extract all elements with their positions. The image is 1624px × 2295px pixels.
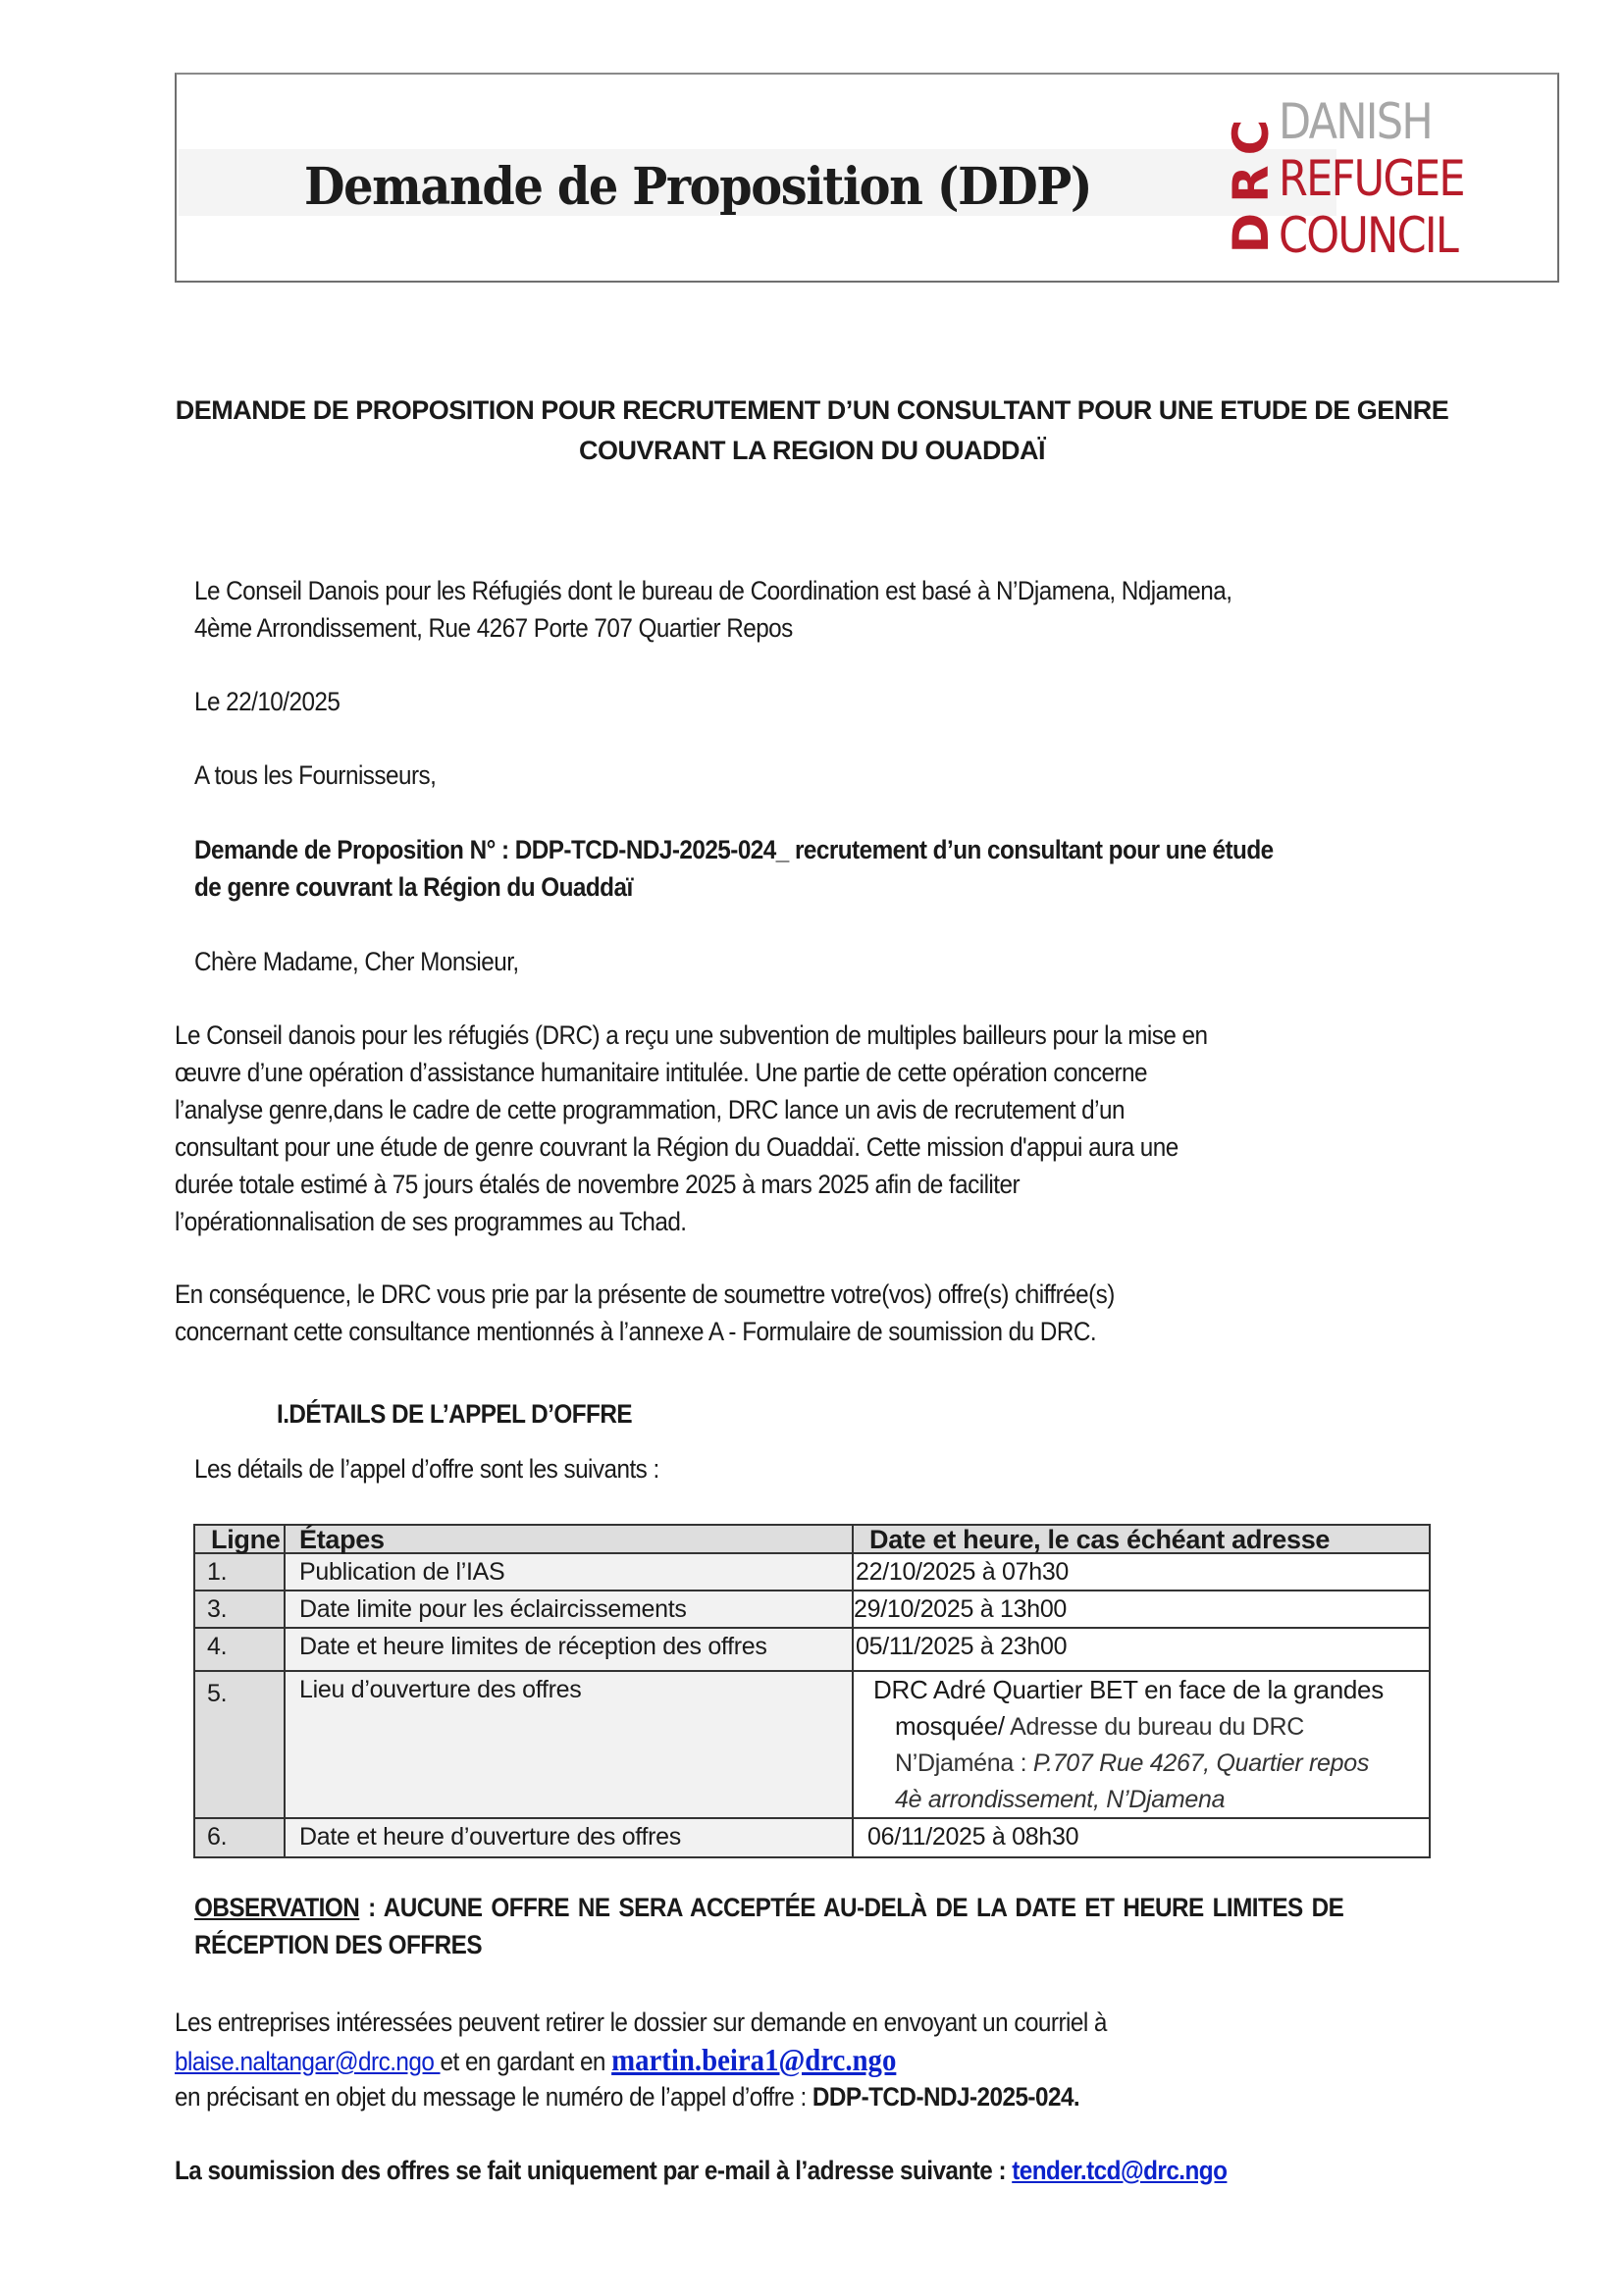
column-header-ligne: Ligne bbox=[195, 1526, 286, 1552]
section-intro: Les détails de l’appel d’offre sont les … bbox=[194, 1450, 659, 1487]
salutation-suppliers: A tous les Fournisseurs, bbox=[194, 756, 436, 794]
cell-etape: Lieu d’ouverture des offres bbox=[286, 1672, 854, 1817]
cell-etape: Date limite pour les éclaircissements bbox=[286, 1591, 854, 1627]
cell-date: 06/11/2025 à 08h30 bbox=[854, 1819, 1429, 1856]
document-title: Demande de Proposition (DDP) bbox=[304, 157, 1091, 217]
cell-ligne: 4. bbox=[195, 1629, 286, 1670]
paragraph-line: En conséquence, le DRC vous prie par la … bbox=[175, 1276, 1115, 1313]
observation-line-2: RÉCEPTION DES OFFRES bbox=[194, 1926, 482, 1963]
logo-text-danish: DANISH bbox=[1279, 94, 1432, 149]
table-header-row: Ligne Étapes Date et heure, le cas échéa… bbox=[193, 1524, 1431, 1554]
email-link-blaise[interactable]: blaise.naltangar@drc.ngo bbox=[175, 2047, 441, 2076]
greeting: Chère Madame, Cher Monsieur, bbox=[194, 943, 519, 980]
email-link-tender[interactable]: tender.tcd@drc.ngo bbox=[1012, 2156, 1227, 2185]
column-header-etapes: Étapes bbox=[286, 1526, 854, 1552]
cell-etape: Publication de l’IAS bbox=[286, 1554, 854, 1590]
logo-text-council: COUNCIL bbox=[1279, 208, 1457, 263]
paragraph-line: Le Conseil danois pour les réfugiés (DRC… bbox=[175, 1017, 1208, 1054]
drc-logo: DRC DANISH REFUGEE COUNCIL bbox=[1231, 100, 1545, 265]
submission-line: La soumission des offres se fait uniquem… bbox=[175, 2152, 1227, 2189]
observation-label: OBSERVATION bbox=[194, 1893, 359, 1922]
section-heading: I.DÉTAILS DE L’APPEL D’OFFRE bbox=[277, 1395, 632, 1433]
cell-ligne: 1. bbox=[195, 1554, 286, 1590]
contact-line-1: Les entreprises intéressées peuvent reti… bbox=[175, 2004, 1107, 2041]
paragraph-line: l’opérationnalisation de ses programmes … bbox=[175, 1203, 687, 1240]
table-row: 5. Lieu d’ouverture des offres DRC Adré … bbox=[193, 1672, 1431, 1819]
reference-line-1: Demande de Proposition N° : DDP-TCD-NDJ-… bbox=[194, 831, 1274, 868]
cell-etape: Date et heure limites de réception des o… bbox=[286, 1629, 854, 1670]
column-header-date: Date et heure, le cas échéant adresse bbox=[854, 1526, 1429, 1552]
main-heading: DEMANDE DE PROPOSITION POUR RECRUTEMENT … bbox=[147, 391, 1477, 471]
table-row: 3. Date limite pour les éclaircissements… bbox=[193, 1591, 1431, 1629]
email-link-martin[interactable]: martin.beira1@drc.ngo bbox=[611, 2042, 896, 2077]
reference-number-inline: DDP-TCD-NDJ-2025-024. bbox=[812, 2082, 1079, 2112]
cell-date: 05/11/2025 à 23h00 bbox=[854, 1629, 1429, 1670]
reference-subject: recrutement d’un consultant pour une étu… bbox=[789, 835, 1274, 864]
document-header: Demande de Proposition (DDP) DRC DANISH … bbox=[175, 73, 1559, 283]
table-row: 1. Publication de l’IAS 22/10/2025 à 07h… bbox=[193, 1554, 1431, 1591]
drc-logo-mark: DRC bbox=[1231, 100, 1269, 265]
table-row: 4. Date et heure limites de réception de… bbox=[193, 1629, 1431, 1672]
cell-ligne: 5. bbox=[195, 1672, 286, 1817]
cell-etape: Date et heure d’ouverture des offres bbox=[286, 1819, 854, 1856]
table-row: 6. Date et heure d’ouverture des offres … bbox=[193, 1819, 1431, 1858]
address-line-2: 4ème Arrondissement, Rue 4267 Porte 707 … bbox=[194, 609, 793, 647]
observation-line-1: OBSERVATION : AUCUNE OFFRE NE SERA ACCEP… bbox=[194, 1889, 1343, 1926]
cell-date: 29/10/2025 à 13h00 bbox=[854, 1591, 1429, 1627]
paragraph-line: l’analyse genre,dans le cadre de cette p… bbox=[175, 1091, 1125, 1128]
reference-line-2: de genre couvrant la Région du Ouaddaï bbox=[194, 868, 633, 906]
paragraph-line: concernant cette consultance mentionnés … bbox=[175, 1313, 1096, 1350]
date-line: Le 22/10/2025 bbox=[194, 683, 340, 720]
cell-ligne: 6. bbox=[195, 1819, 286, 1856]
cell-address: DRC Adré Quartier BET en face de la gran… bbox=[854, 1672, 1429, 1817]
paragraph-line: durée totale estimé à 75 jours étalés de… bbox=[175, 1166, 1020, 1203]
reference-number: Demande de Proposition N° : DDP-TCD-NDJ-… bbox=[194, 835, 789, 864]
paragraph-line: consultant pour une étude de genre couvr… bbox=[175, 1128, 1179, 1166]
contact-line-3: en précisant en objet du message le numé… bbox=[175, 2078, 1079, 2115]
paragraph-line: œuvre d’une opération d’assistance human… bbox=[175, 1054, 1147, 1091]
cell-date: 22/10/2025 à 07h30 bbox=[854, 1554, 1429, 1590]
cell-ligne: 3. bbox=[195, 1591, 286, 1627]
address-line-1: Le Conseil Danois pour les Réfugiés dont… bbox=[194, 572, 1231, 609]
contact-line-2: blaise.naltangar@drc.ngo et en gardant e… bbox=[175, 2041, 896, 2080]
logo-text-refugee: REFUGEE bbox=[1279, 151, 1464, 206]
